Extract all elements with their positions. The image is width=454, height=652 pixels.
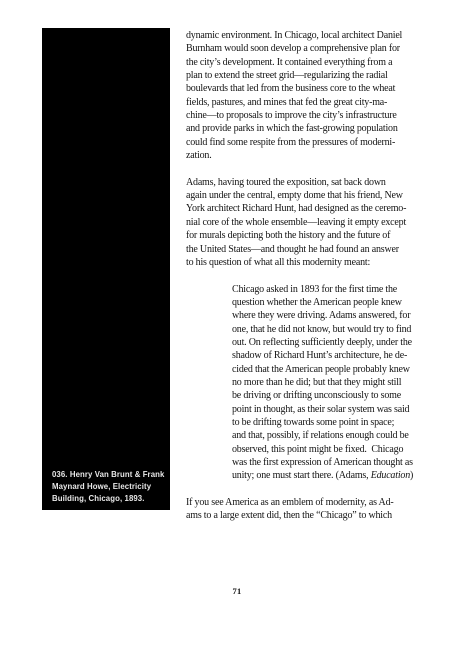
quote-citation-work-title: Education xyxy=(371,470,410,481)
quote-citation-prefix: unity; one must start there. (Adams, xyxy=(232,470,371,481)
figure-plate-image: 036. Henry Van Brunt & Frank Maynard How… xyxy=(42,28,170,510)
figure-caption: 036. Henry Van Brunt & Frank Maynard How… xyxy=(52,469,166,505)
page-number: 71 xyxy=(227,586,247,596)
body-text-column: dynamic environment. In Chicago, local a… xyxy=(186,29,422,523)
quote-lines: Chicago asked in 1893 for the first time… xyxy=(232,283,422,470)
paragraph-adams-dome: Adams, having toured the exposition, sat… xyxy=(186,176,422,269)
quote-last-line: unity; one must start there. (Adams, Edu… xyxy=(232,469,422,482)
quote-citation-suffix: ) xyxy=(410,470,413,481)
block-quote-adams: Chicago asked in 1893 for the first time… xyxy=(232,283,422,483)
paragraph-burnham-plan: dynamic environment. In Chicago, local a… xyxy=(186,29,422,162)
book-page: 036. Henry Van Brunt & Frank Maynard How… xyxy=(0,0,454,652)
paragraph-america-emblem: If you see America as an emblem of moder… xyxy=(186,496,422,523)
